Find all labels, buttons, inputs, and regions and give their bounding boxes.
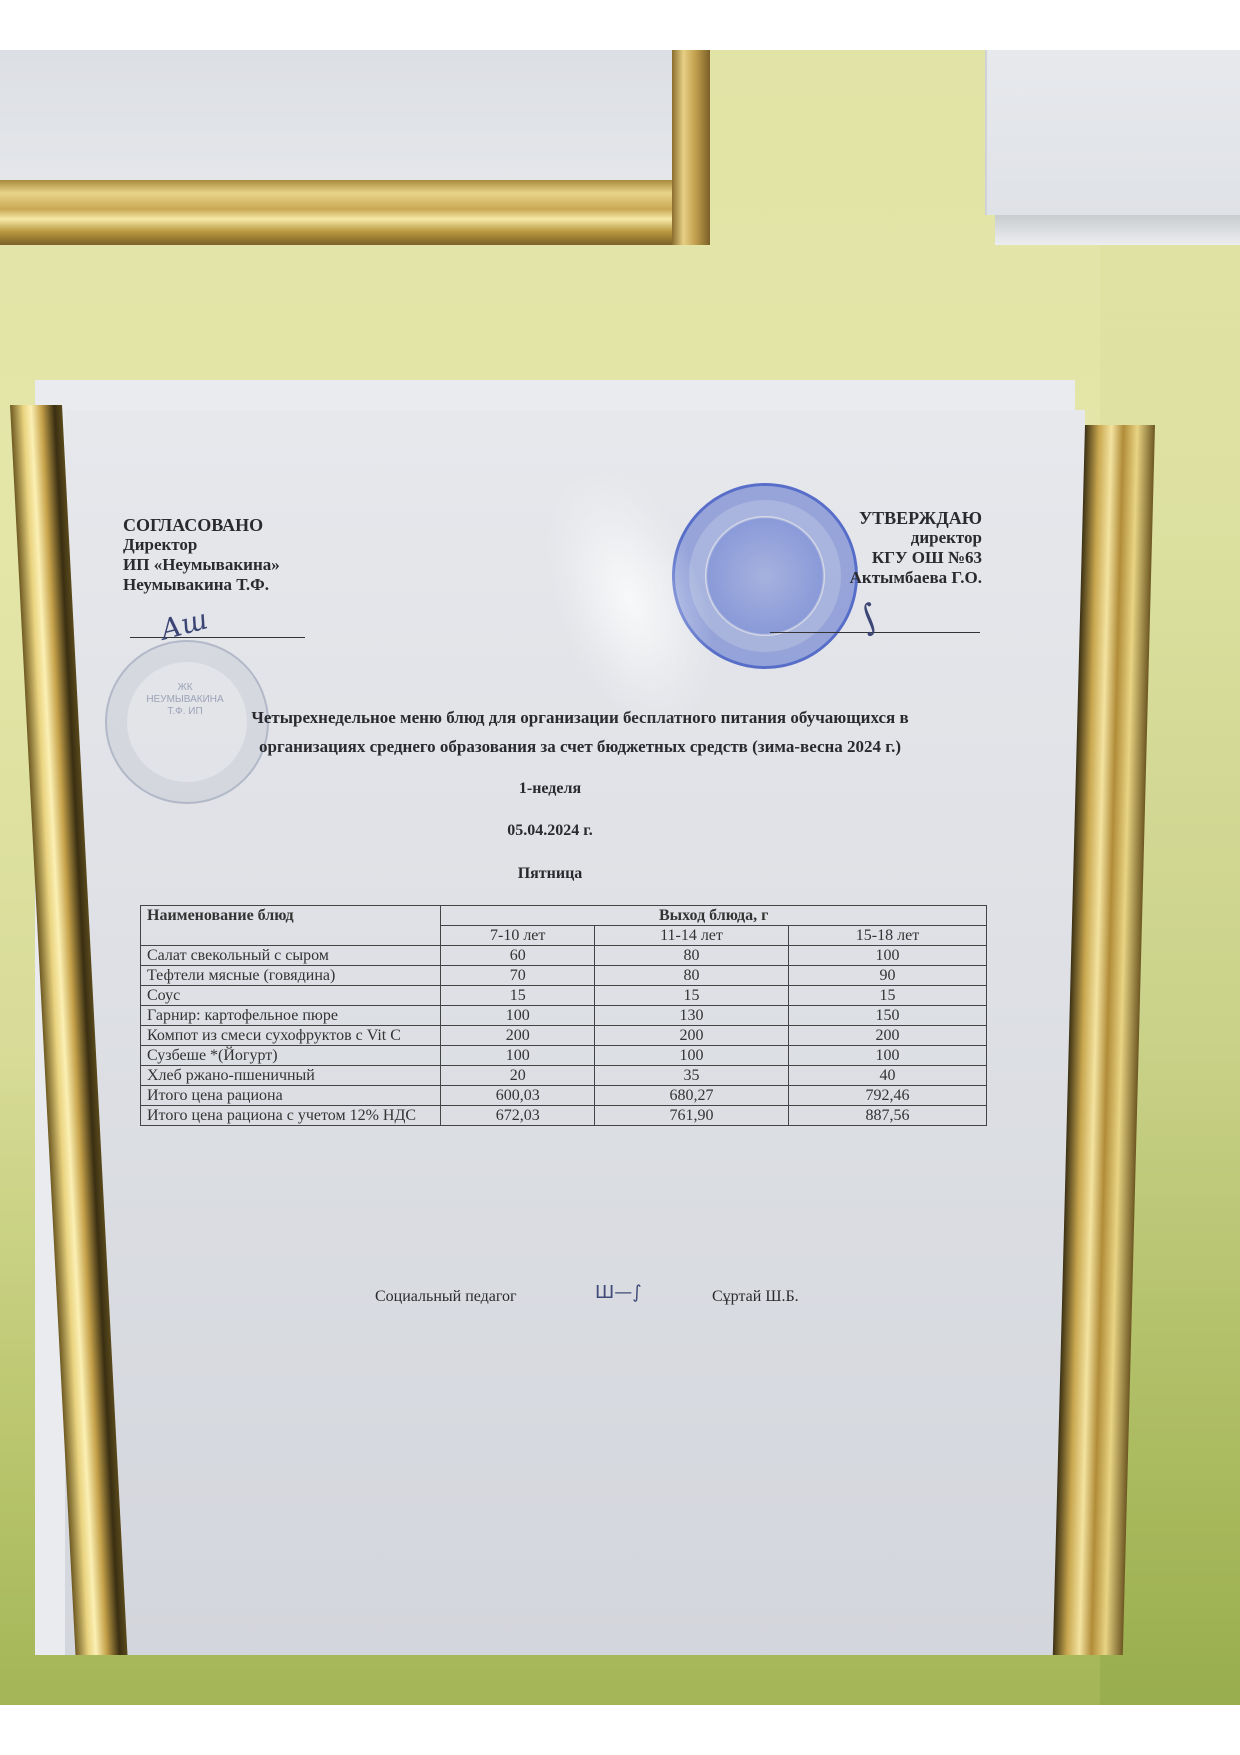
dish-name: Сузбеше *(Йогурт) <box>141 1046 441 1066</box>
dish-name: Итого цена рациона с учетом 12% НДС <box>141 1106 441 1126</box>
dish-name: Итого цена рациона <box>141 1086 441 1106</box>
dish-name: Хлеб ржано-пшеничный <box>141 1066 441 1086</box>
table-row: Тефтели мясные (говядина)708090 <box>141 966 987 986</box>
table-row: Салат свекольный с сыром6080100 <box>141 946 987 966</box>
weekday-label: Пятница <box>0 865 1100 883</box>
dish-name: Компот из смеси сухофруктов с Vit C <box>141 1026 441 1046</box>
approved-line: Директор <box>123 535 280 555</box>
table-row: Хлеб ржано-пшеничный203540 <box>141 1066 987 1086</box>
dish-value: 200 <box>789 1026 987 1046</box>
title-line-1: Четырехнедельное меню блюд для организац… <box>160 703 1000 732</box>
confirm-line: директор <box>850 528 982 548</box>
header-age-group: 7-10 лет <box>441 926 595 946</box>
dish-value: 130 <box>594 1006 788 1026</box>
header-dish-name: Наименование блюд <box>141 906 441 946</box>
footer-name: Сұртай Ш.Б. <box>712 1288 799 1306</box>
confirm-block: УТВЕРЖДАЮ директор КГУ ОШ №63 Актымбаева… <box>850 508 982 588</box>
table-row: Сузбеше *(Йогурт)100100100 <box>141 1046 987 1066</box>
confirm-heading: УТВЕРЖДАЮ <box>850 508 982 528</box>
table-row: Соус151515 <box>141 986 987 1006</box>
dish-value: 200 <box>441 1026 595 1046</box>
menu-document: ЖК НЕУМЫВАКИНА Т.Ф. ИП СОГЛАСОВАНО Дирек… <box>0 0 1240 1755</box>
dish-value: 100 <box>441 1046 595 1066</box>
date-label: 05.04.2024 г. <box>0 822 1100 840</box>
dish-value: 15 <box>594 986 788 1006</box>
dish-value: 80 <box>594 946 788 966</box>
dish-value: 100 <box>789 946 987 966</box>
table-header-row: Наименование блюд Выход блюда, г <box>141 906 987 926</box>
header-age-group: 15-18 лет <box>789 926 987 946</box>
confirm-line: КГУ ОШ №63 <box>850 548 982 568</box>
dish-value: 150 <box>789 1006 987 1026</box>
dish-value: 15 <box>789 986 987 1006</box>
dish-value: 100 <box>789 1046 987 1066</box>
dish-name: Гарнир: картофельное пюре <box>141 1006 441 1026</box>
confirm-line: Актымбаева Г.О. <box>850 568 982 588</box>
stamp-right-icon <box>672 483 858 669</box>
header-age-group: 11-14 лет <box>594 926 788 946</box>
dish-value: 600,03 <box>441 1086 595 1106</box>
approved-heading: СОГЛАСОВАНО <box>123 515 280 535</box>
approved-line: ИП «Неумывакина» <box>123 555 280 575</box>
signature-line-left <box>130 637 305 638</box>
dish-value: 35 <box>594 1066 788 1086</box>
table-row: Компот из смеси сухофруктов с Vit C20020… <box>141 1026 987 1046</box>
dish-value: 887,56 <box>789 1106 987 1126</box>
dish-name: Салат свекольный с сыром <box>141 946 441 966</box>
table-row: Гарнир: картофельное пюре100130150 <box>141 1006 987 1026</box>
approved-block: СОГЛАСОВАНО Директор ИП «Неумывакина» Не… <box>123 515 280 595</box>
footer-signature-icon: Ш—∫ <box>595 1282 642 1303</box>
dish-value: 680,27 <box>594 1086 788 1106</box>
week-label: 1-неделя <box>0 780 1100 798</box>
dish-value: 20 <box>441 1066 595 1086</box>
dish-value: 80 <box>594 966 788 986</box>
dish-value: 761,90 <box>594 1106 788 1126</box>
dish-value: 60 <box>441 946 595 966</box>
dish-value: 70 <box>441 966 595 986</box>
approved-line: Неумывакина Т.Ф. <box>123 575 280 595</box>
table-row: Итого цена рациона600,03680,27792,46 <box>141 1086 987 1106</box>
footer-role: Социальный педагог <box>375 1288 517 1306</box>
title-line-2: организациях среднего образования за сче… <box>160 732 1000 761</box>
dish-value: 40 <box>789 1066 987 1086</box>
dish-value: 15 <box>441 986 595 1006</box>
dish-value: 200 <box>594 1026 788 1046</box>
document-title: Четырехнедельное меню блюд для организац… <box>160 703 1000 761</box>
dish-value: 100 <box>441 1006 595 1026</box>
menu-table: Наименование блюд Выход блюда, г 7-10 ле… <box>140 905 987 1126</box>
dish-value: 672,03 <box>441 1106 595 1126</box>
header-output: Выход блюда, г <box>441 906 987 926</box>
table-row: Итого цена рациона с учетом 12% НДС672,0… <box>141 1106 987 1126</box>
signature-left-icon: Аш <box>157 602 212 646</box>
signature-right-icon: ∫ <box>852 596 885 640</box>
dish-value: 100 <box>594 1046 788 1066</box>
dish-name: Соус <box>141 986 441 1006</box>
dish-name: Тефтели мясные (говядина) <box>141 966 441 986</box>
dish-value: 90 <box>789 966 987 986</box>
dish-value: 792,46 <box>789 1086 987 1106</box>
